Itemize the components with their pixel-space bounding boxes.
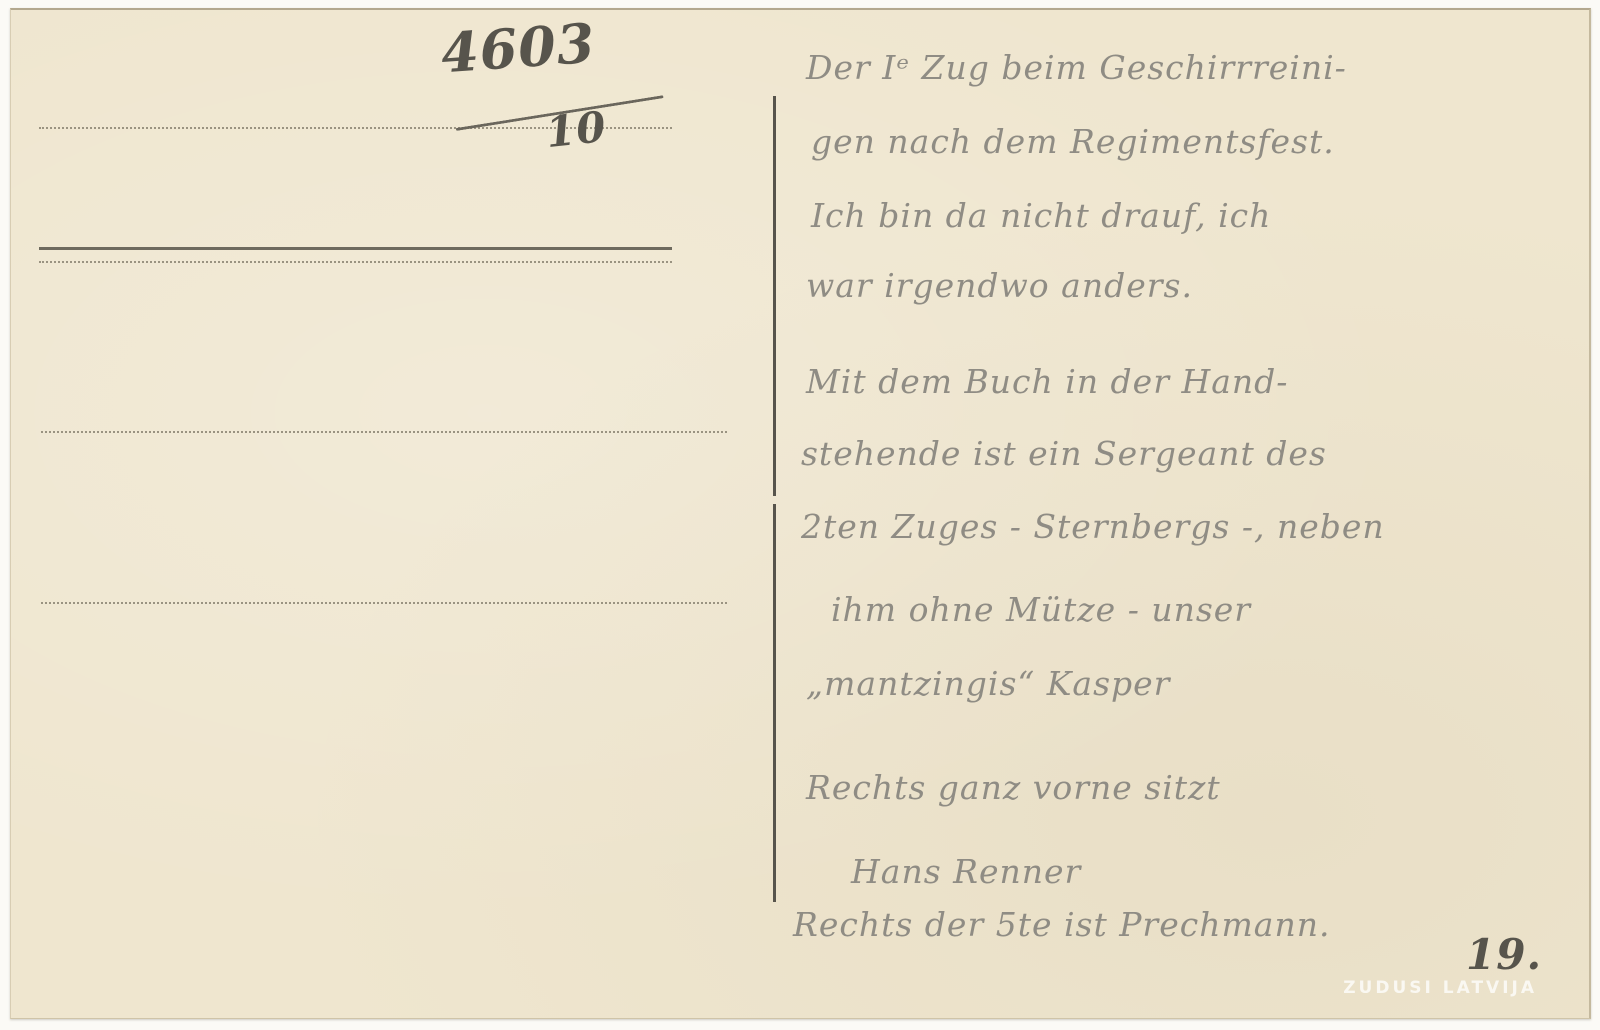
message-line-9: „mantzingis“ Kasper [806, 664, 1170, 703]
address-line-heavy [39, 247, 672, 250]
message-line-7: 2ten Zuges - Sternbergs -, neben [801, 507, 1385, 546]
center-divider-upper [773, 96, 776, 496]
message-line-11: Hans Renner [851, 852, 1081, 891]
inventory-number: 4603 [439, 11, 597, 86]
message-line-1: Der Iᵉ Zug beim Geschirrreini- [806, 48, 1347, 87]
address-line-4 [41, 602, 727, 604]
address-line-3 [41, 431, 727, 433]
message-line-5: Mit dem Buch in der Hand- [806, 362, 1288, 401]
message-line-3: Ich bin da nicht drauf, ich [811, 196, 1271, 235]
center-divider-lower [773, 504, 776, 902]
page-number: 19. [1466, 930, 1542, 979]
message-line-6: stehende ist ein Sergeant des [801, 434, 1327, 473]
inventory-sub-number: 10 [544, 102, 609, 157]
message-line-4: war irgendwo anders. [806, 266, 1193, 305]
message-line-8: ihm ohne Mütze - unser [831, 590, 1251, 629]
postcard-back: 4603 10 Der Iᵉ Zug beim Geschirrreini- g… [10, 8, 1591, 1019]
message-line-10: Rechts ganz vorne sitzt [806, 768, 1221, 807]
message-line-2: gen nach dem Regimentsfest. [811, 122, 1335, 161]
message-line-12: Rechts der 5te ist Prechmann. [793, 905, 1330, 944]
address-line-2 [39, 261, 672, 263]
archive-watermark: ZUDUSI LATVIJA [1343, 978, 1537, 998]
